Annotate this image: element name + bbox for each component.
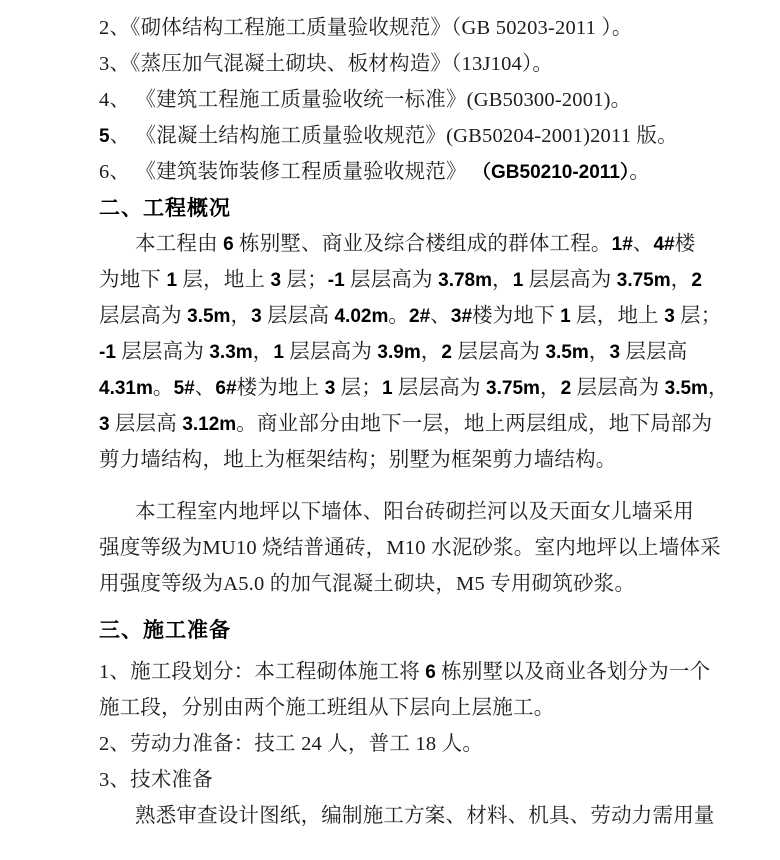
text-run: 层层高为: [284, 341, 377, 363]
text-line: 用强度等级为A5.0 的加气混凝土砌块，M5 专用砌筑砂浆。: [99, 566, 725, 602]
numeric-run: 3: [270, 270, 281, 291]
text-line: 2、劳动力准备：技工 24 人，普工 18 人。: [99, 726, 725, 762]
text-run: 楼为地上: [237, 377, 325, 399]
para-technical: 3、技术准备: [99, 762, 725, 798]
numeric-run: 6: [425, 662, 436, 683]
text-run: 层；: [335, 377, 382, 399]
numeric-run: 1: [513, 270, 524, 291]
text-run: 1、施工段划分：本工程砌体施工将: [99, 661, 425, 683]
text-run: 层层高: [262, 305, 335, 327]
text-run: 栋别墅以及商业各划分为一个: [436, 661, 710, 683]
text-line: 施工段，分别由两个施工班组从下层向上层施工。: [99, 690, 725, 726]
text-run: 用强度等级为A5.0 的加气混凝土砌块，M5 专用砌筑砂浆。: [99, 573, 635, 595]
numeric-run: 1: [560, 306, 571, 327]
numeric-run: 3#: [451, 306, 472, 327]
text-line: 2、《砌体结构工程施工质量验收规范》（GB 50203-2011 ）。: [99, 10, 725, 46]
text-run: 层层高: [110, 413, 183, 435]
numeric-run: 1: [382, 378, 393, 399]
numeric-run: 5#: [174, 378, 195, 399]
text-run: 。: [388, 305, 409, 327]
numeric-run: 3: [325, 378, 336, 399]
heading-line: 二、工程概况: [99, 190, 725, 226]
text-line: 本工程室内地坪以下墙体、阳台砖砌拦河以及天面女儿墙采用: [99, 494, 725, 530]
numeric-run: 3.5m: [665, 378, 708, 399]
text-run: ，: [421, 341, 442, 363]
numeric-run: 2: [691, 270, 702, 291]
text-run: ，: [492, 269, 513, 291]
text-run: 4、 《建筑工程施工质量验收统一标准》(GB50300-2001)。: [99, 89, 631, 111]
text-line: 剪力墙结构，地上为框架结构；别墅为框架剪力墙结构。: [99, 442, 725, 478]
text-line: 3、《蒸压加气混凝土砌块、板材构造》（13J104）。: [99, 46, 725, 82]
text-run: ，: [589, 341, 610, 363]
text-run: 栋别墅、商业及综合楼组成的群体工程。: [234, 233, 612, 255]
text-run: ，: [253, 341, 274, 363]
text-run: 层层高为: [99, 305, 187, 327]
numeric-run: 5: [99, 126, 110, 147]
para-labor: 2、劳动力准备：技工 24 人，普工 18 人。: [99, 726, 725, 762]
text-line: 1、施工段划分：本工程砌体施工将 6 栋别墅以及商业各划分为一个: [99, 654, 725, 690]
numeric-run: -1: [99, 342, 116, 363]
numeric-run: 3.78m: [438, 270, 492, 291]
text-line: 本工程由 6 栋别墅、商业及综合楼组成的群体工程。1#、4#楼: [99, 226, 725, 262]
text-run: 本工程室内地坪以下墙体、阳台砖砌拦河以及天面女儿墙采用: [135, 501, 694, 523]
heading-preparation: 三、施工准备: [99, 612, 725, 648]
numeric-run: 4.31m: [99, 378, 153, 399]
numeric-run: 2: [441, 342, 452, 363]
text-line: 4.31m。5#、6#楼为地上 3 层；1 层层高为 3.75m，2 层层高为 …: [99, 370, 725, 406]
text-run: 熟悉审查设计图纸，编制施工方案、材料、机具、劳动力需用量: [135, 805, 715, 827]
text-run: 层层高为: [523, 269, 616, 291]
text-run: 层；: [281, 269, 328, 291]
text-run: ，: [540, 377, 561, 399]
text-line: 为地下 1 层，地上 3 层；-1 层层高为 3.78m，1 层层高为 3.75…: [99, 262, 725, 298]
ref-item-6: 6、 《建筑装饰装修工程质量验收规范》 （GB50210-2011）。: [99, 154, 725, 190]
para-mortar-spec: 本工程室内地坪以下墙体、阳台砖砌拦河以及天面女儿墙采用强度等级为MU10 烧结普…: [99, 494, 725, 602]
numeric-run: 6#: [215, 378, 236, 399]
text-run: 楼: [675, 233, 696, 255]
text-line: 3、技术准备: [99, 762, 725, 798]
numeric-run: 2#: [409, 306, 430, 327]
numeric-run: 4#: [653, 234, 674, 255]
numeric-run: 3.12m: [182, 414, 236, 435]
text-run: 、: [633, 233, 654, 255]
numeric-run: 3: [609, 342, 620, 363]
text-line: 6、 《建筑装饰装修工程质量验收规范》 （GB50210-2011）。: [99, 154, 725, 190]
ref-item-5: 5、 《混凝土结构施工质量验收规范》(GB50204-2001)2011 版。: [99, 118, 725, 154]
text-run: 层层高为: [116, 341, 209, 363]
ref-item-2: 2、《砌体结构工程施工质量验收规范》（GB 50203-2011 ）。: [99, 10, 725, 46]
text-run: 。商业部分由地下一层，地上两层组成，地下局部为: [236, 413, 712, 435]
text-run: 强度等级为MU10 烧结普通砖，M10 水泥砂浆。室内地坪以上墙体采: [99, 537, 721, 559]
numeric-run: 3.75m: [486, 378, 540, 399]
text-run: 层层高为: [393, 377, 486, 399]
text-line: 3 层层高 3.12m。商业部分由地下一层，地上两层组成，地下局部为: [99, 406, 725, 442]
numeric-run: 3: [99, 414, 110, 435]
text-run: 层层高: [620, 341, 687, 363]
text-run: 、: [195, 377, 216, 399]
text-run: 层层高为: [452, 341, 545, 363]
ref-item-3: 3、《蒸压加气混凝土砌块、板材构造》（13J104）。: [99, 46, 725, 82]
numeric-run: 3.3m: [209, 342, 252, 363]
numeric-run: 3: [251, 306, 262, 327]
numeric-run: 1: [166, 270, 177, 291]
text-line: 4、 《建筑工程施工质量验收统一标准》(GB50300-2001)。: [99, 82, 725, 118]
text-run: 、: [430, 305, 451, 327]
text-run: 层层高为: [571, 377, 664, 399]
numeric-run: 4.02m: [334, 306, 388, 327]
text-run: 层层高为: [345, 269, 438, 291]
text-run: 层，地上: [177, 269, 270, 291]
para-drawing-review: 熟悉审查设计图纸，编制施工方案、材料、机具、劳动力需用量: [99, 798, 725, 834]
numeric-run: 3.5m: [545, 342, 588, 363]
ref-item-4: 4、 《建筑工程施工质量验收统一标准》(GB50300-2001)。: [99, 82, 725, 118]
text-run: 剪力墙结构，地上为框架结构；别墅为框架剪力墙结构。: [99, 449, 617, 471]
text-run: 为地下: [99, 269, 166, 291]
text-run: 6、 《建筑装饰装修工程质量验收规范》: [99, 161, 472, 183]
text-run: 2、劳动力准备：技工 24 人，普工 18 人。: [99, 733, 483, 755]
numeric-run: 3.5m: [187, 306, 230, 327]
numeric-run: 1#: [612, 234, 633, 255]
heading-overview: 二、工程概况: [99, 190, 725, 226]
numeric-run: 1: [273, 342, 284, 363]
numeric-run: （GB50210-2011）: [472, 162, 629, 183]
text-run: ，: [671, 269, 692, 291]
text-run: 。: [629, 161, 650, 183]
para-section-division: 1、施工段划分：本工程砌体施工将 6 栋别墅以及商业各划分为一个施工段，分别由两…: [99, 654, 725, 726]
text-line: 5、 《混凝土结构施工质量验收规范》(GB50204-2001)2011 版。: [99, 118, 725, 154]
text-run: 楼为地下: [472, 305, 560, 327]
text-line: 熟悉审查设计图纸，编制施工方案、材料、机具、劳动力需用量: [99, 798, 725, 834]
heading-line: 三、施工准备: [99, 612, 725, 648]
text-run: 本工程由: [135, 233, 223, 255]
text-run: 2、《砌体结构工程施工质量验收规范》（GB 50203-2011 ）。: [99, 17, 633, 39]
text-run: 施工段，分别由两个施工班组从下层向上层施工。: [99, 697, 554, 719]
text-line: 强度等级为MU10 烧结普通砖，M10 水泥砂浆。室内地坪以上墙体采: [99, 530, 725, 566]
text-run: 3、《蒸压加气混凝土砌块、板材构造》（13J104）。: [99, 53, 553, 75]
text-run: 。: [153, 377, 174, 399]
numeric-run: 3: [664, 306, 675, 327]
document-page: 2、《砌体结构工程施工质量验收规范》（GB 50203-2011 ）。3、《蒸压…: [0, 0, 780, 860]
numeric-run: 3.75m: [617, 270, 671, 291]
numeric-run: 2: [561, 378, 572, 399]
numeric-run: -1: [328, 270, 345, 291]
text-run: 、 《混凝土结构施工质量验收规范》(GB50204-2001)2011 版。: [110, 125, 678, 147]
para-building-overview: 本工程由 6 栋别墅、商业及综合楼组成的群体工程。1#、4#楼为地下 1 层，地…: [99, 226, 725, 478]
text-line: 层层高为 3.5m，3 层层高 4.02m。2#、3#楼为地下 1 层，地上 3…: [99, 298, 725, 334]
text-run: 3、技术准备: [99, 769, 213, 791]
heading-run: 三、施工准备: [99, 618, 231, 642]
numeric-run: 6: [223, 234, 234, 255]
text-run: ，: [708, 377, 729, 399]
text-run: 层，地上: [571, 305, 664, 327]
text-run: ，: [230, 305, 251, 327]
heading-run: 二、工程概况: [99, 196, 231, 220]
numeric-run: 3.9m: [377, 342, 420, 363]
text-run: 层；: [675, 305, 722, 327]
text-line: -1 层层高为 3.3m，1 层层高为 3.9m，2 层层高为 3.5m，3 层…: [99, 334, 725, 370]
